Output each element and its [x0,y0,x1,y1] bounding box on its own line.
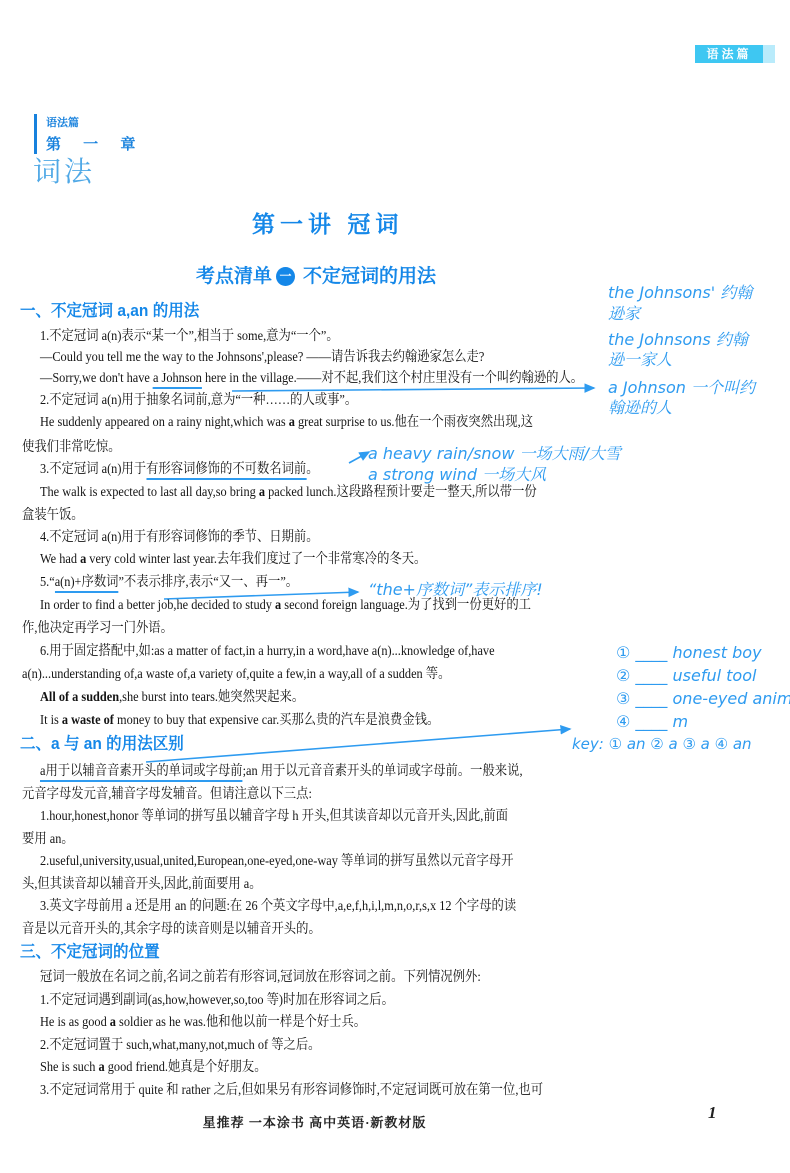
page-number: 1 [708,1103,717,1123]
text-line: He suddenly appeared on a rainy night,wh… [40,413,533,432]
pen-underlined-text: a用于以辅音音素开头的单词或字母前 [40,764,243,782]
text-segment: 一、不定冠词 a,an 的用法 [20,302,199,320]
text-segment: 2.不定冠词 a(n)用于抽象名词前,意为“一种……的人或事”。 [40,393,357,408]
text-segment: All of a sudden [40,690,119,705]
text-segment: here in the village.——对不起,我们这个村庄里没有一个叫约翰… [202,371,583,386]
text-line: a用于以辅音音素开头的单词或字母前;an 用于以元音音素开头的单词或字母前。一般… [40,762,523,781]
text-segment: great surprise to us.他在一个雨夜突然出现,这 [295,415,533,430]
text-line: 2.不定冠词 a(n)用于抽象名词前,意为“一种……的人或事”。 [40,391,357,410]
text-line: —Could you tell me the way to the Johnso… [40,348,484,367]
text-segment: 1.不定冠词 a(n)表示“某一个”,相当于 some,意为“一个”。 [40,329,339,344]
pen-underlined-text: a(n)+序数词 [55,575,119,593]
text-line: 6.用于固定搭配中,如:as a matter of fact,in a hur… [40,642,495,661]
text-segment: 2.useful,university,usual,united,Europea… [40,854,513,869]
chapter-header: 语法篇 第 一 章 [34,114,144,154]
text-segment: 要用 an。 [22,832,74,847]
text-line: 2.不定冠词置于 such,what,many,not,much of 等之后。 [40,1036,320,1055]
ordinal-note: “the+序数词”表示排序! [368,577,543,600]
arrow-key-icon [146,729,570,762]
text-segment: It is [40,713,62,728]
fill-in-item: ③ ____ one-eyed animal [616,689,790,708]
circled-one-icon: 一 [276,267,295,286]
text-segment: very cold winter last year.去年我们度过了一个非常寒冷… [86,552,426,567]
text-line: 1.hour,honest,honor 等单词的拼写虽以辅音字母 h 开头,但其… [40,807,508,826]
text-line: 元音字母发元音,辅音字母发辅音。但请注意以下三点: [22,785,312,804]
johnson-note-line: the Johnsons' 约翰 [608,280,752,303]
text-line: All of a sudden,she burst into tears.她突然… [40,688,304,707]
text-segment: a(n)...understanding of,a waste of,a var… [22,667,450,682]
text-segment: ;an 用于以元音音素开头的单词或字母前。一般来说, [243,764,523,779]
text-segment: 使我们非常吃惊。 [22,440,121,455]
section-heading: 二、a 与 an 的用法区别 [20,735,184,754]
rain-note-line: a heavy rain/snow 一场大雨/大雪 [368,441,621,464]
text-segment: 二、a 与 an 的用法区别 [20,735,184,753]
text-line: 5.“a(n)+序数词”不表示排序,表示“又一、再一”。 [40,573,298,592]
lecture-title: 第一讲 冠词 [252,206,403,239]
text-line: 2.useful,university,usual,united,Europea… [40,852,513,871]
text-segment: 头,但其读音却以辅音开头,因此,前面要用 a。 [22,877,262,892]
text-segment: We had [40,552,80,567]
text-segment: ”不表示排序,表示“又一、再一”。 [118,575,298,590]
text-segment: packed lunch.这段路程预计要走一整天,所以带一份 [265,485,537,500]
text-segment: —Could you tell me the way to the Johnso… [40,350,484,365]
textbook-page: 语法篇 语法篇 第 一 章 词法 第一讲 冠词 考点清单一不定冠词的用法 一、不… [0,0,790,1173]
text-line: 盒装午饭。 [22,506,84,525]
text-line: 使我们非常吃惊。 [22,438,121,457]
text-segment: 1.不定冠词遇到副词(as,how,however,so,too 等)时加在形容… [40,993,394,1008]
text-segment: He is as good [40,1015,110,1030]
text-segment: 3.不定冠词 a(n)用于 [40,462,146,477]
text-segment: He suddenly appeared on a rainy night,wh… [40,415,289,430]
text-segment: 。 [306,462,318,477]
text-segment: 三、不定冠词的位置 [20,943,160,961]
text-line: We had a very cold winter last year.去年我们… [40,550,426,569]
text-segment: soldier as he was.他和他以前一样是个好士兵。 [116,1015,366,1030]
text-line: The walk is expected to last all day,so … [40,483,537,502]
text-line: 作,他决定再学习一门外语。 [22,619,173,638]
fill-in-item: ② ____ useful tool [616,666,756,685]
text-line: 头,但其读音却以辅音开头,因此,前面要用 a。 [22,875,262,894]
text-segment: second foreign language.为了找到一份更好的工 [281,598,531,613]
section-heading: 三、不定冠词的位置 [20,943,160,962]
johnson-note-line: 逊一家人 [608,347,672,370]
key-points-banner: 考点清单一不定冠词的用法 [196,261,436,288]
text-segment: 冠词一般放在名词之前,名词之前若有形容词,冠词放在形容词之前。下列情况例外: [40,970,481,985]
text-segment: In order to find a better job,he decided… [40,598,275,613]
banner-title: 不定冠词的用法 [303,266,436,287]
text-segment: 2.不定冠词置于 such,what,many,not,much of 等之后。 [40,1038,320,1053]
johnson-note-line: 逊家 [608,301,640,324]
text-segment: The walk is expected to last all day,so … [40,485,259,500]
section-tab-badge: 语法篇 [695,45,763,63]
text-segment: 4.不定冠词 a(n)用于有形容词修饰的季节、日期前。 [40,530,319,545]
text-line: It is a waste of money to buy that expen… [40,711,439,730]
text-segment: 3.英文字母前用 a 还是用 an 的问题:在 26 个英文字母中,a,e,f,… [40,899,516,914]
text-segment: 音是以元音开头的,其余字母的读音则是以辅音开头的。 [22,922,321,937]
text-line: 4.不定冠词 a(n)用于有形容词修饰的季节、日期前。 [40,528,319,547]
footer-imprint: 星推荐 一本涂书 高中英语·新教材版 [22,1112,607,1131]
text-segment: 作,他决定再学习一门外语。 [22,621,173,636]
rain-note-line: a strong wind 一场大风 [368,462,546,485]
text-line: 1.不定冠词 a(n)表示“某一个”,相当于 some,意为“一个”。 [40,327,339,346]
section-tab-badge-tail [763,45,775,63]
text-segment: ,she burst into tears.她突然哭起来。 [119,690,304,705]
text-line: 音是以元音开头的,其余字母的读音则是以辅音开头的。 [22,920,321,939]
johnson-note-line: 翰逊的人 [608,395,672,418]
text-segment: 盒装午饭。 [22,508,84,523]
text-segment: money to buy that expensive car.买那么贵的汽车是… [114,713,439,728]
pen-underlined-text: 有形容词修饰的不可数名词前 [146,462,306,480]
text-segment: —Sorry,we don't have [40,371,153,386]
text-line: —Sorry,we don't have a Johnson here in t… [40,369,583,388]
text-segment: She is such [40,1060,99,1075]
chapter-title: 词法 [33,150,95,190]
text-segment: 1.hour,honest,honor 等单词的拼写虽以辅音字母 h 开头,但其… [40,809,508,824]
fill-in-item: ① ____ honest boy [616,643,762,662]
text-segment: good friend.她真是个好朋友。 [105,1060,267,1075]
text-segment: 元音字母发元音,辅音字母发辅音。但请注意以下三点: [22,787,312,802]
pen-underlined-text: a Johnson [153,371,202,389]
text-segment: 5.“ [40,575,55,590]
text-line: 要用 an。 [22,830,74,849]
chapter-tag: 语法篇 [46,114,144,130]
fill-in-item: ④ ____ m [616,712,688,731]
text-segment: a waste of [62,713,114,728]
arrow-rain-icon [349,452,369,463]
text-line: 1.不定冠词遇到副词(as,how,however,so,too 等)时加在形容… [40,991,394,1010]
banner-prefix: 考点清单 [196,266,272,287]
answer-key: key: ① an ② a ③ a ④ an [572,735,752,753]
section-heading: 一、不定冠词 a,an 的用法 [20,302,199,321]
text-line: 3.英文字母前用 a 还是用 an 的问题:在 26 个英文字母中,a,e,f,… [40,897,516,916]
text-segment: 3.不定冠词常用于 quite 和 rather 之后,但如果另有形容词修饰时,… [40,1083,543,1098]
text-line: 3.不定冠词 a(n)用于有形容词修饰的不可数名词前。 [40,460,319,479]
text-segment: 6.用于固定搭配中,如:as a matter of fact,in a hur… [40,644,495,659]
text-line: a(n)...understanding of,a waste of,a var… [22,665,450,684]
text-line: He is as good a soldier as he was.他和他以前一… [40,1013,366,1032]
text-line: She is such a good friend.她真是个好朋友。 [40,1058,267,1077]
text-line: 3.不定冠词常用于 quite 和 rather 之后,但如果另有形容词修饰时,… [40,1081,543,1100]
text-line: 冠词一般放在名词之前,名词之前若有形容词,冠词放在形容词之前。下列情况例外: [40,968,481,987]
